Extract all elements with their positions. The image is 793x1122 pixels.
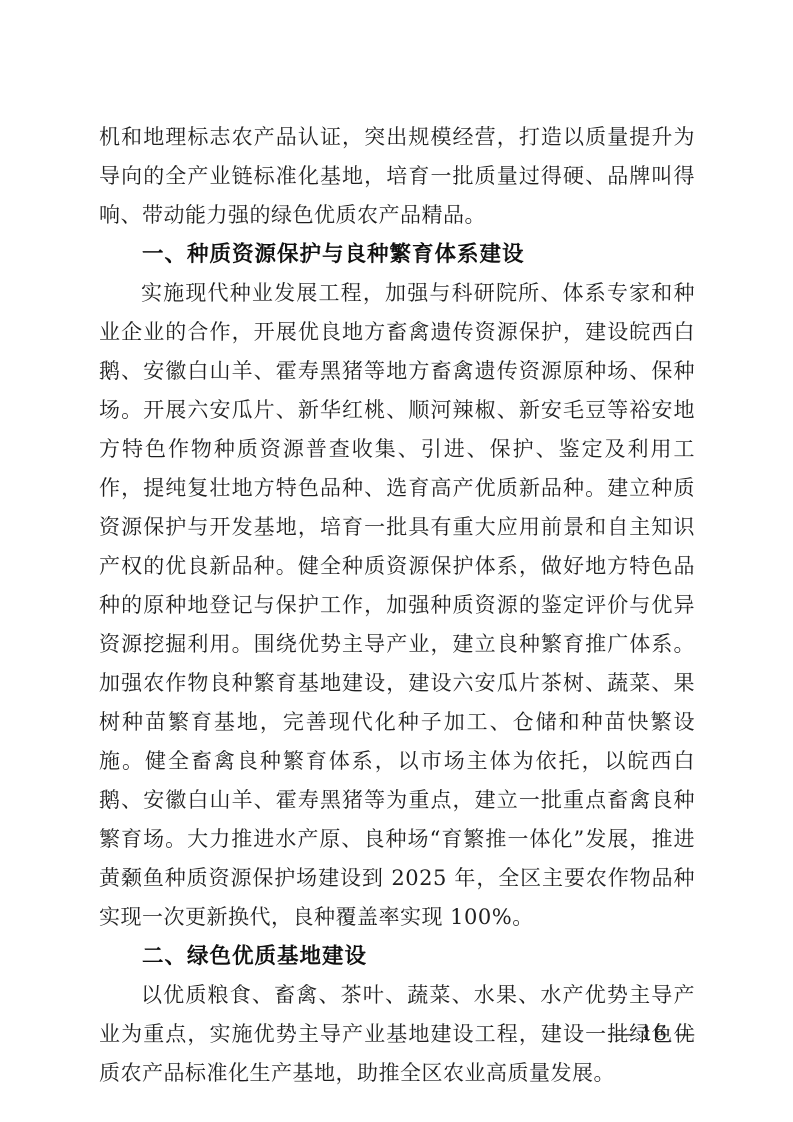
section-heading-1: 一、种质资源保护与良种繁育体系建设	[99, 235, 695, 274]
paragraph-section-2: 以优质粮食、畜禽、茶叶、蔬菜、水果、水产优势主导产业为重点，实施优势主导产业基地…	[99, 976, 695, 1093]
page-number: — 16 —	[612, 1020, 696, 1046]
section-heading-2: 二、绿色优质基地建设	[99, 937, 695, 976]
document-page: 机和地理标志农产品认证，突出规模经营，打造以质量提升为导向的全产业链标准化基地，…	[0, 0, 793, 1122]
paragraph-section-1: 实施现代种业发展工程，加强与科研院所、体系专家和种业企业的合作，开展优良地方畜禽…	[99, 274, 695, 937]
paragraph-continuation: 机和地理标志农产品认证，突出规模经营，打造以质量提升为导向的全产业链标准化基地，…	[99, 118, 695, 235]
document-content: 机和地理标志农产品认证，突出规模经营，打造以质量提升为导向的全产业链标准化基地，…	[99, 118, 695, 1093]
